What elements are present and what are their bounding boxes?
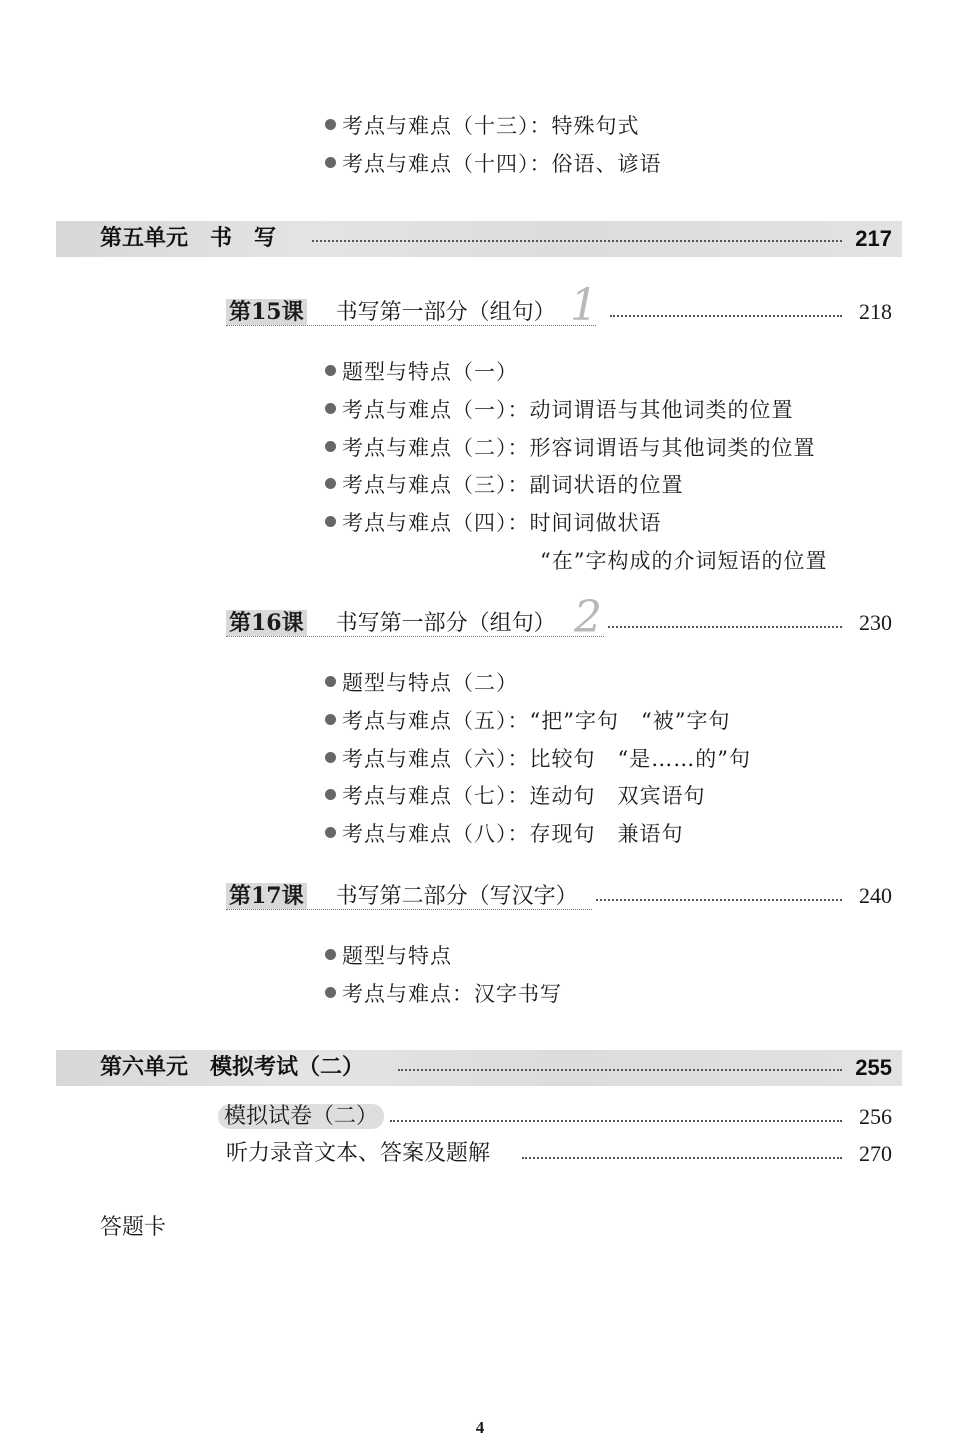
underline [226,325,596,326]
toc-item: 考点与难点：汉字书写 [325,980,562,1008]
bullet-icon [325,752,336,763]
toc-item: 考点与难点（三）：副词状语的位置 [325,471,684,499]
lesson-title: 书写第一部分（组句） [336,611,556,636]
toc-item: 考点与难点（五）：“把”字句 “被”字句 [325,707,730,735]
toc-item-continuation: “在”字构成的介词短语的位置 [540,547,827,575]
bullet-icon [325,714,336,725]
lesson-15[interactable]: 第15课 书写第一部分（组句） [226,297,556,328]
lesson-17[interactable]: 第17课 书写第二部分（写汉字） [226,881,578,912]
toc-item: 考点与难点（七）：连动句 双宾语句 [325,782,706,810]
entry-page: 256 [859,1102,892,1132]
unit-title: 第五单元 书 写 [100,221,276,257]
toc-item: 考点与难点（八）：存现句 兼语句 [325,820,684,848]
bullet-icon [325,441,336,452]
lesson-number: 第17课 [226,883,307,909]
dot-leader [398,1069,842,1071]
unit-title: 第六单元 模拟考试（二） [100,1050,364,1086]
mock-exam-entry[interactable]: 模拟试卷（二） [218,1102,384,1132]
toc-item: 题型与特点（一） [325,358,518,386]
lesson-badge: 2 [574,596,602,640]
dot-leader [312,240,842,242]
lesson-title: 书写第一部分（组句） [336,300,556,325]
dot-leader [608,626,842,628]
bullet-icon [325,478,336,489]
lesson-page: 218 [859,297,892,327]
dot-leader [596,899,842,901]
toc-item: 考点与难点（六）：比较句 “是……的”句 [325,745,751,773]
lesson-title: 书写第二部分（写汉字） [336,884,578,909]
bullet-icon [325,516,336,527]
listening-answers-entry[interactable]: 听力录音文本、答案及题解 [226,1139,490,1169]
lesson-page: 230 [859,608,892,638]
bullet-icon [325,987,336,998]
lesson-number: 第16课 [226,610,307,636]
entry-page: 270 [859,1139,892,1169]
page-number: 4 [0,1418,960,1438]
dot-leader [610,315,842,317]
bullet-icon [325,949,336,960]
lesson-page: 240 [859,881,892,911]
entry-label: 模拟试卷（二） [218,1104,384,1129]
toc-item: 考点与难点（一）：动词谓语与其他词类的位置 [325,396,794,424]
answer-sheet-entry[interactable]: 答题卡 [100,1213,166,1243]
lesson-number: 第15课 [226,299,307,325]
dot-leader [522,1157,842,1159]
toc-item: 考点与难点（十四）：俗语、谚语 [325,150,662,178]
bullet-icon [325,403,336,414]
unit-page: 217 [855,221,892,257]
toc-item: 题型与特点 [325,942,452,970]
dot-leader [390,1120,842,1122]
lesson-badge: 1 [570,284,598,328]
toc-item: 考点与难点（四）：时间词做状语 [325,509,662,537]
bullet-icon [325,676,336,687]
bullet-icon [325,789,336,800]
underline [226,636,604,637]
bullet-icon [325,827,336,838]
toc-item: 考点与难点（二）：形容词谓语与其他词类的位置 [325,434,816,462]
bullet-icon [325,119,336,130]
toc-item: 题型与特点（二） [325,669,518,697]
bullet-icon [325,157,336,168]
lesson-16[interactable]: 第16课 书写第一部分（组句） [226,608,556,639]
unit-page: 255 [855,1050,892,1086]
toc-item: 考点与难点（十三）：特殊句式 [325,112,640,140]
underline [226,909,592,910]
bullet-icon [325,365,336,376]
